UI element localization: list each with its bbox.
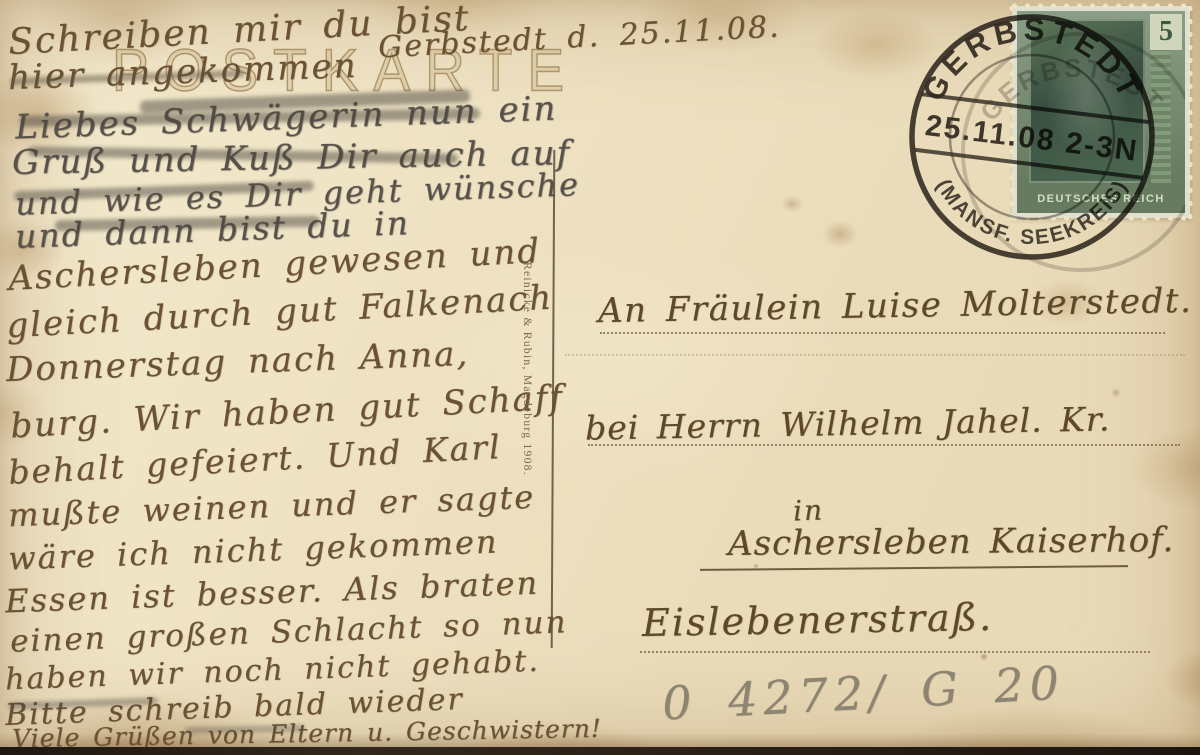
- publisher-imprint: Reinicke & Rubin, Magdeburg 1908.: [521, 262, 533, 554]
- svg-text:(MANSF. SEEKREIS): (MANSF. SEEKREIS): [931, 176, 1132, 250]
- address-line-2: bei Herrn Wilhelm Jahel. Kr.: [585, 399, 1111, 447]
- postmark: GERBSTEDT GERBSTEDT (MANSF. SEEKREIS) 25…: [885, 0, 1185, 285]
- address-rule-2: [565, 354, 1185, 356]
- address-rule-3: [588, 444, 1180, 446]
- postmark-district-arc: (MANSF. SEEKREIS): [931, 176, 1132, 250]
- address-town: Aschersleben Kaiserhof.: [728, 520, 1175, 564]
- address-rule-4: [640, 651, 1150, 653]
- postcard-back: POSTKARTE Schreiben mir du bist hier ang…: [0, 0, 1200, 755]
- address-line-1: An Fräulein Luise Molterstedt.: [598, 281, 1193, 331]
- address-street: Eislebenerstraß.: [642, 595, 994, 645]
- bottom-dark-edge: [0, 747, 1200, 755]
- address-underline: [700, 565, 1128, 571]
- address-rule-1: [600, 332, 1165, 334]
- postmark-date-band: 25.11.08 2-3N: [915, 94, 1150, 178]
- pencil-code: 0 4272/ G 20: [661, 655, 1066, 730]
- stamp-perforation-right: [1185, 2, 1195, 222]
- bottom-shadow: [0, 733, 1200, 747]
